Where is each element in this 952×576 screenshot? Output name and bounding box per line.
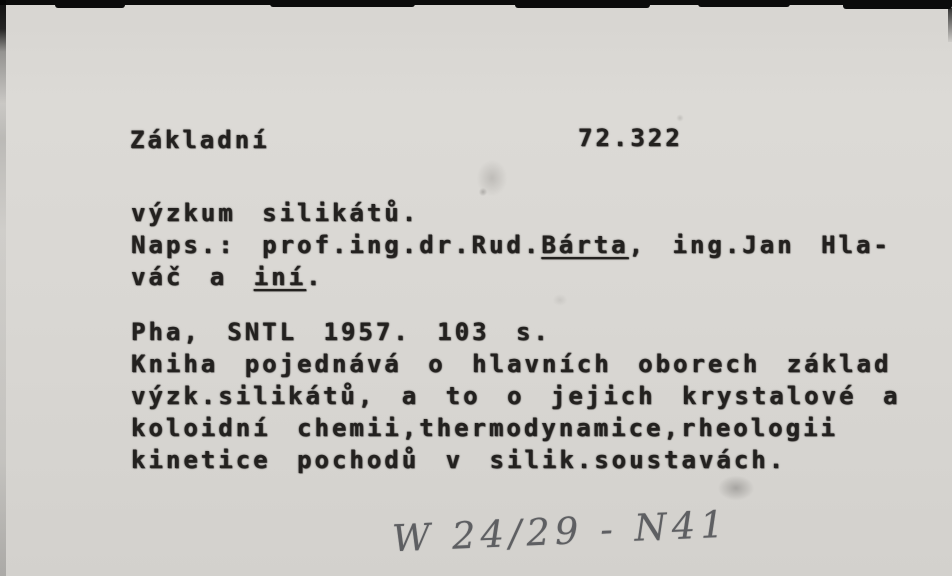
heading-word: Základní <box>130 126 270 154</box>
imprint-line: Pha, SNTL 1957. 103 s. <box>131 318 551 346</box>
classification-number: 72.322 <box>578 124 683 152</box>
annotation-line: kinetice pochodů v silik.soustavách. <box>131 446 786 474</box>
annotation-line: koloidní chemii,thermodynamice,rheologii <box>131 414 838 442</box>
authors-line-2-prefix: váč a <box>131 263 254 291</box>
authors-line-2-underlined: iní <box>254 263 306 291</box>
author-surname: Bárta <box>541 231 628 259</box>
authors-line-2-suffix: . <box>306 263 323 291</box>
scan-top-edge <box>0 0 952 5</box>
annotation-line: výzk.silikátů, a to o jejich krystalové … <box>131 382 900 410</box>
scan-edge-blob <box>55 0 125 8</box>
authors-line-1-suffix: , ing.Jan Hla- <box>629 231 891 259</box>
scan-edge-blob <box>843 0 952 9</box>
annotation-line: Kniha pojednává o hlavních oborech zákla… <box>131 350 891 378</box>
title-line: výzkum silikátů. <box>131 199 419 227</box>
authors-line-1-prefix: Naps.: prof.ing.dr.Rud. <box>131 231 541 259</box>
authors-line-1: Naps.: prof.ing.dr.Rud.Bárta, ing.Jan Hl… <box>131 231 891 259</box>
scan-edge-blob <box>698 0 790 7</box>
handwritten-shelfmark: W 24/29 - N41 <box>391 503 729 561</box>
scan-edge-blob <box>270 0 415 7</box>
authors-line-2: váč a iní. <box>131 263 324 291</box>
scan-left-edge <box>0 0 6 576</box>
scan-edge-blob <box>515 0 650 8</box>
scan-right-edge-mark <box>948 8 952 42</box>
catalog-card-scan: Základní 72.322 výzkum silikátů. Naps.: … <box>0 0 952 576</box>
